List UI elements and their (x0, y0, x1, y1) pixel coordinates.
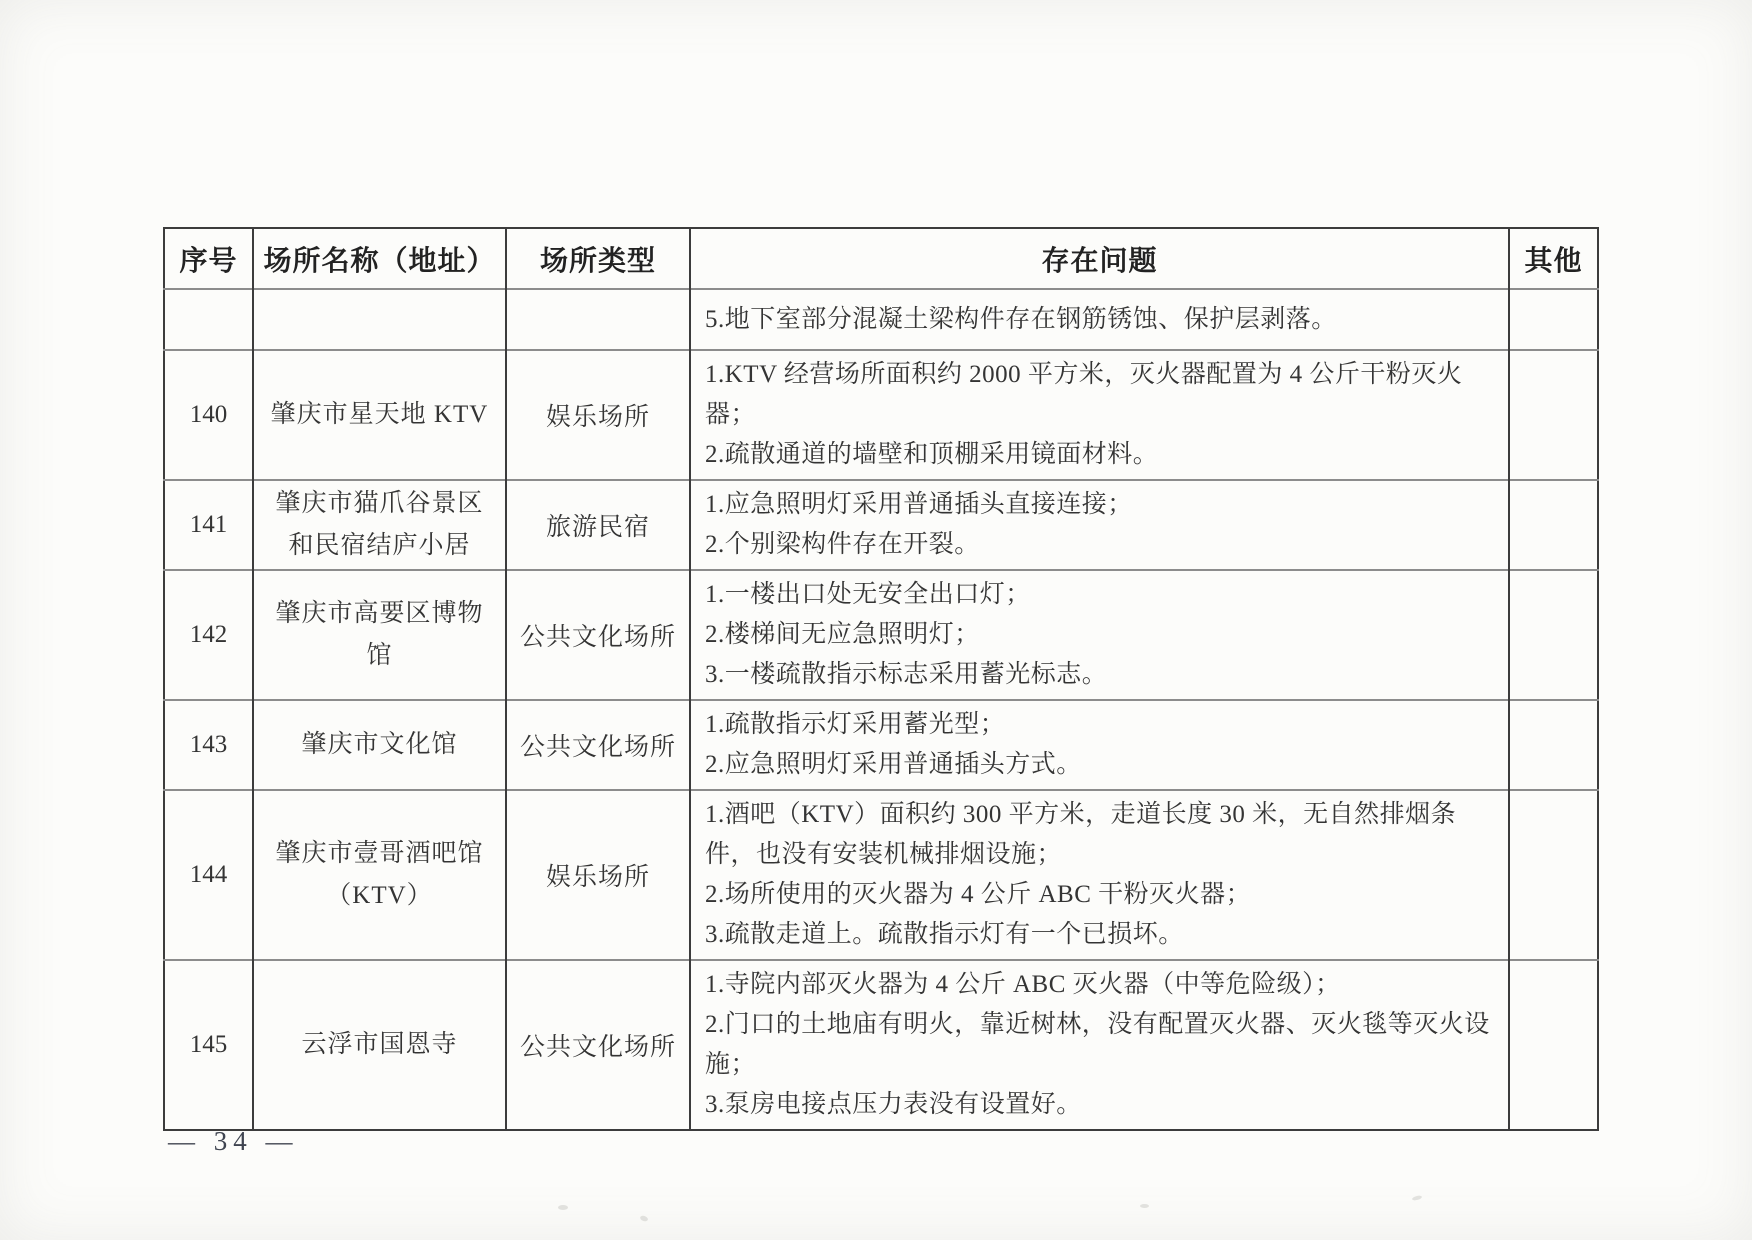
cell-problems: 1.KTV 经营场所面积约 2000 平方米，灭火器配置为 4 公斤干粉灭火器；… (690, 350, 1509, 480)
cell-index (164, 289, 253, 350)
cell-problems: 1.应急照明灯采用普通插头直接连接；2.个别梁构件存在开裂。 (690, 480, 1509, 570)
cell-name (253, 289, 506, 350)
header-row: 序号 场所名称（地址） 场所类型 存在问题 其他 (164, 228, 1598, 289)
col-header-index: 序号 (164, 228, 253, 289)
scan-speck (558, 1205, 568, 1210)
cell-problems: 1.疏散指示灯采用蓄光型；2.应急照明灯采用普通插头方式。 (690, 700, 1509, 790)
cell-index: 140 (164, 350, 253, 480)
cell-type: 公共文化场所 (506, 960, 690, 1130)
cell-name: 云浮市国恩寺 (253, 960, 506, 1130)
page-number: — 34 — (168, 1126, 299, 1157)
problem-line: 1.酒吧（KTV）面积约 300 平方米，走道长度 30 米，无自然排烟条件，也… (705, 795, 1496, 875)
cell-type: 娱乐场所 (506, 790, 690, 960)
cell-type: 公共文化场所 (506, 570, 690, 700)
cell-type: 娱乐场所 (506, 350, 690, 480)
problem-line: 3.疏散走道上。疏散指示灯有一个已损坏。 (705, 915, 1496, 955)
problem-line: 3.泵房电接点压力表没有设置好。 (705, 1085, 1496, 1125)
col-header-other: 其他 (1509, 228, 1598, 289)
cell-other (1509, 289, 1598, 350)
cell-name: 肇庆市文化馆 (253, 700, 506, 790)
problem-line: 2.应急照明灯采用普通插头方式。 (705, 745, 1496, 785)
cell-index: 141 (164, 480, 253, 570)
table-body: 5.地下室部分混凝土梁构件存在钢筋锈蚀、保护层剥落。 140 肇庆市星天地 KT… (164, 289, 1598, 1130)
problem-line: 1.应急照明灯采用普通插头直接连接； (705, 485, 1496, 525)
document-page: { "page": { "page_number": "— 34 —" }, "… (0, 0, 1752, 1240)
table-row: 142 肇庆市高要区博物馆 公共文化场所 1.一楼出口处无安全出口灯；2.楼梯间… (164, 570, 1598, 700)
problem-line: 2.门口的土地庙有明火，靠近树林，没有配置灭火器、灭火毯等灭火设施； (705, 1005, 1496, 1085)
cell-problems: 1.寺院内部灭火器为 4 公斤 ABC 灭火器（中等危险级）；2.门口的土地庙有… (690, 960, 1509, 1130)
cell-name: 肇庆市高要区博物馆 (253, 570, 506, 700)
inspection-table: 序号 场所名称（地址） 场所类型 存在问题 其他 5.地下室部分混凝土梁构件存在… (163, 227, 1599, 1131)
cell-other (1509, 570, 1598, 700)
cell-name: 肇庆市星天地 KTV (253, 350, 506, 480)
table-row: 5.地下室部分混凝土梁构件存在钢筋锈蚀、保护层剥落。 (164, 289, 1598, 350)
cell-other (1509, 350, 1598, 480)
problem-line: 2.个别梁构件存在开裂。 (705, 525, 1496, 565)
cell-problems: 5.地下室部分混凝土梁构件存在钢筋锈蚀、保护层剥落。 (690, 289, 1509, 350)
problem-line: 3.一楼疏散指示标志采用蓄光标志。 (705, 655, 1496, 695)
problem-line: 1.疏散指示灯采用蓄光型； (705, 705, 1496, 745)
cell-other (1509, 480, 1598, 570)
col-header-problems: 存在问题 (690, 228, 1509, 289)
problem-line: 1.一楼出口处无安全出口灯； (705, 575, 1496, 615)
cell-index: 144 (164, 790, 253, 960)
cell-problems: 1.一楼出口处无安全出口灯；2.楼梯间无应急照明灯；3.一楼疏散指示标志采用蓄光… (690, 570, 1509, 700)
col-header-type: 场所类型 (506, 228, 690, 289)
cell-index: 143 (164, 700, 253, 790)
problem-line: 1.KTV 经营场所面积约 2000 平方米，灭火器配置为 4 公斤干粉灭火器； (705, 355, 1496, 435)
table-row: 141 肇庆市猫爪谷景区和民宿结庐小居 旅游民宿 1.应急照明灯采用普通插头直接… (164, 480, 1598, 570)
cell-index: 142 (164, 570, 253, 700)
table-row: 140 肇庆市星天地 KTV 娱乐场所 1.KTV 经营场所面积约 2000 平… (164, 350, 1598, 480)
problem-line: 2.场所使用的灭火器为 4 公斤 ABC 干粉灭火器； (705, 875, 1496, 915)
cell-other (1509, 960, 1598, 1130)
cell-other (1509, 700, 1598, 790)
table-row: 145 云浮市国恩寺 公共文化场所 1.寺院内部灭火器为 4 公斤 ABC 灭火… (164, 960, 1598, 1130)
problem-line: 5.地下室部分混凝土梁构件存在钢筋锈蚀、保护层剥落。 (705, 300, 1496, 340)
col-header-name: 场所名称（地址） (253, 228, 506, 289)
cell-name: 肇庆市壹哥酒吧馆（KTV） (253, 790, 506, 960)
cell-name: 肇庆市猫爪谷景区和民宿结庐小居 (253, 480, 506, 570)
cell-problems: 1.酒吧（KTV）面积约 300 平方米，走道长度 30 米，无自然排烟条件，也… (690, 790, 1509, 960)
scanned-page: 序号 场所名称（地址） 场所类型 存在问题 其他 5.地下室部分混凝土梁构件存在… (0, 0, 1752, 1240)
problem-line: 1.寺院内部灭火器为 4 公斤 ABC 灭火器（中等危险级）； (705, 965, 1496, 1005)
problem-line: 2.楼梯间无应急照明灯； (705, 615, 1496, 655)
scan-speck (1140, 1204, 1149, 1208)
cell-type (506, 289, 690, 350)
cell-other (1509, 790, 1598, 960)
scan-speck (639, 1215, 648, 1222)
table-row: 144 肇庆市壹哥酒吧馆（KTV） 娱乐场所 1.酒吧（KTV）面积约 300 … (164, 790, 1598, 960)
table-row: 143 肇庆市文化馆 公共文化场所 1.疏散指示灯采用蓄光型；2.应急照明灯采用… (164, 700, 1598, 790)
cell-type: 旅游民宿 (506, 480, 690, 570)
scan-speck (1412, 1195, 1423, 1201)
problem-line: 2.疏散通道的墙壁和顶棚采用镜面材料。 (705, 435, 1496, 475)
cell-index: 145 (164, 960, 253, 1130)
cell-type: 公共文化场所 (506, 700, 690, 790)
